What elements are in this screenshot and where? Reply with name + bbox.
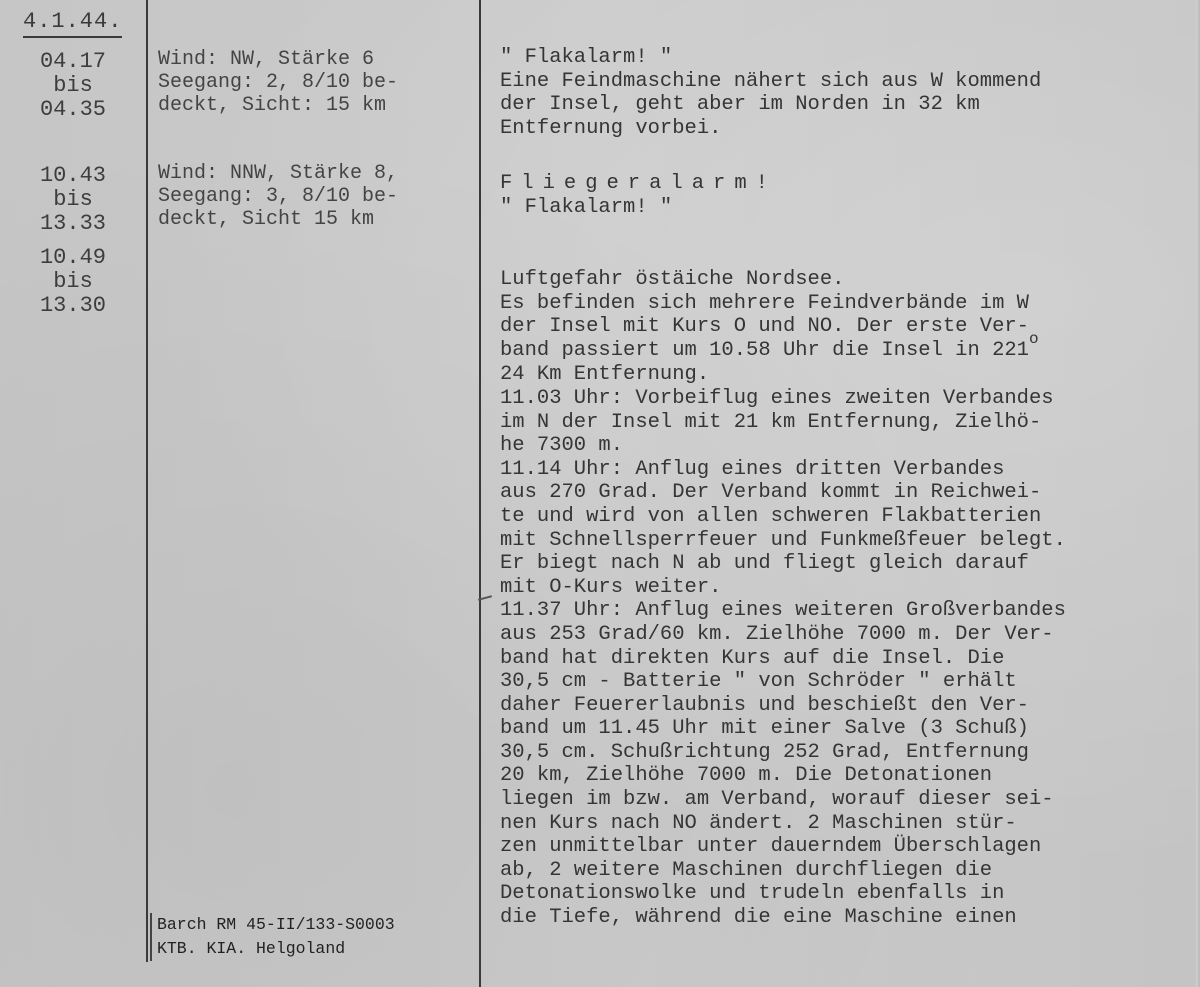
date-heading: 4.1.44. <box>23 10 122 38</box>
column-divider-time <box>146 0 148 962</box>
entry-heading-fliegeralarm: Fliegeralarm! <box>500 172 1190 196</box>
weather-line: deckt, Sicht 15 km <box>158 208 478 231</box>
time-to: 13.30 <box>18 294 128 318</box>
column-divider-weather <box>479 0 481 987</box>
entry-line: 30,5 cm - Batterie " von Schröder " erhä… <box>500 670 1190 694</box>
time-range-1: 04.17 bis 04.35 <box>18 50 128 122</box>
entry-line: aus 270 Grad. Der Verband kommt in Reich… <box>500 481 1190 505</box>
entry-line: Detonationswolke und trudeln ebenfalls i… <box>500 882 1190 906</box>
entry-line: nen Kurs nach NO ändert. 2 Maschinen stü… <box>500 812 1190 836</box>
entry-line: band hat direkten Kurs auf die Insel. Di… <box>500 647 1190 671</box>
entry-line: " Flakalarm! " <box>500 196 1190 220</box>
entry-line: 30,5 cm. Schußrichtung 252 Grad, Entfern… <box>500 741 1190 765</box>
weather-line: Seegang: 2, 8/10 be- <box>158 71 478 94</box>
weather-line: Wind: NNW, Stärke 8, <box>158 162 478 185</box>
entry-line: 24 Km Entfernung. <box>500 363 1190 387</box>
entry-line: he 7300 m. <box>500 434 1190 458</box>
time-from: 10.49 <box>18 246 128 270</box>
time-sep: bis <box>18 270 128 294</box>
archive-ref-line: KTB. KIA. Helgoland <box>157 937 395 961</box>
time-sep: bis <box>18 188 128 212</box>
time-from: 04.17 <box>18 50 128 74</box>
entry-line: daher Feuererlaubnis und beschießt den V… <box>500 694 1190 718</box>
entry-line: mit O-Kurs weiter. <box>500 576 1190 600</box>
entry-line: Eine Feindmaschine nähert sich aus W kom… <box>500 70 1190 94</box>
weather-2: Wind: NNW, Stärke 8, Seegang: 3, 8/10 be… <box>158 162 478 231</box>
archive-ref-line: Barch RM 45-II/133-S0003 <box>157 913 395 937</box>
entry-line: der Insel mit Kurs O und NO. Der erste V… <box>500 315 1190 339</box>
time-to: 13.33 <box>18 212 128 236</box>
entry-line: " Flakalarm! " <box>500 46 1190 70</box>
entry-line: im N der Insel mit 21 km Entfernung, Zie… <box>500 411 1190 435</box>
entry-line: 11.37 Uhr: Anflug eines weiteren Großver… <box>500 599 1190 623</box>
entry-line: band um 11.45 Uhr mit einer Salve (3 Sch… <box>500 717 1190 741</box>
entry-line: aus 253 Grad/60 km. Zielhöhe 7000 m. Der… <box>500 623 1190 647</box>
weather-line: Seegang: 3, 8/10 be- <box>158 185 478 208</box>
entry-line: Luftgefahr östäiche Nordsee. <box>500 268 1190 292</box>
time-range-3: 10.49 bis 13.30 <box>18 246 128 318</box>
page-edge <box>1196 0 1200 987</box>
entry-line: mit Schnellsperrfeuer und Funkmeßfeuer b… <box>500 529 1190 553</box>
weather-line: Wind: NW, Stärke 6 <box>158 48 478 71</box>
entry-line: die Tiefe, während die eine Maschine ein… <box>500 906 1190 930</box>
entry-line: ab, 2 weitere Maschinen durchfliegen die <box>500 859 1190 883</box>
time-from: 10.43 <box>18 164 128 188</box>
entry-line: liegen im bzw. am Verband, worauf dieser… <box>500 788 1190 812</box>
entry-line: 11.03 Uhr: Vorbeiflug eines zweiten Verb… <box>500 387 1190 411</box>
entry-text-3: Luftgefahr östäiche Nordsee.Es befinden … <box>500 268 1190 930</box>
entry-line: Entfernung vorbei. <box>500 117 1190 141</box>
entry-text-2: Fliegeralarm! " Flakalarm! " <box>500 172 1190 219</box>
weather-line: deckt, Sicht: 15 km <box>158 94 478 117</box>
time-range-2: 10.43 bis 13.33 <box>18 164 128 236</box>
entry-line: Es befinden sich mehrere Feindverbände i… <box>500 292 1190 316</box>
entry-line: band passiert um 10.58 Uhr die Insel in … <box>500 339 1190 364</box>
archive-reference: Barch RM 45-II/133-S0003 KTB. KIA. Helgo… <box>150 913 395 961</box>
entry-line: 11.14 Uhr: Anflug eines dritten Verbande… <box>500 458 1190 482</box>
entry-line: der Insel, geht aber im Norden in 32 km <box>500 93 1190 117</box>
entry-line: te und wird von allen schweren Flakbatte… <box>500 505 1190 529</box>
weather-1: Wind: NW, Stärke 6 Seegang: 2, 8/10 be- … <box>158 48 478 117</box>
time-to: 04.35 <box>18 98 128 122</box>
document-page: 4.1.44. 04.17 bis 04.35 Wind: NW, Stärke… <box>0 0 1200 987</box>
entry-line: zen unmittelbar unter dauerndem Überschl… <box>500 835 1190 859</box>
time-sep: bis <box>18 74 128 98</box>
degree-mark: o <box>1029 330 1039 348</box>
entry-text-1: " Flakalarm! " Eine Feindmaschine nähert… <box>500 46 1190 140</box>
entry-line: 20 km, Zielhöhe 7000 m. Die Detonationen <box>500 764 1190 788</box>
entry-line: Er biegt nach N ab und fliegt gleich dar… <box>500 552 1190 576</box>
